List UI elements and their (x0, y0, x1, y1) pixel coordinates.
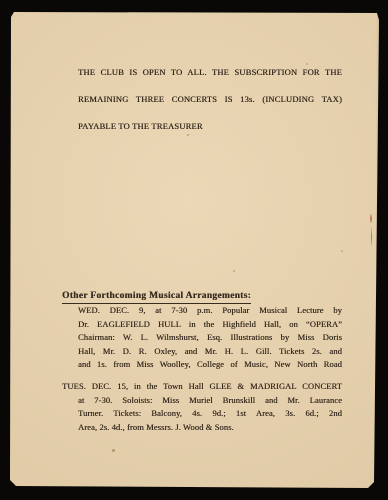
paper-speck (341, 250, 343, 252)
paper-speck (233, 270, 235, 272)
event-lecture-line-3: Chairman: W. L. Wilmshurst, Esq. Illustr… (78, 331, 342, 345)
notice-line-3: PAYABLE TO THE TREASURER (78, 113, 342, 140)
subscription-notice: THE CLUB IS OPEN TO ALL. THE SUBSCRIPTIO… (78, 59, 342, 140)
event-lecture-line-4: Hall, Mr. D. R. Oxley, and Mr. H. L. Gil… (78, 345, 342, 359)
event-lecture: WED. DEC. 9, at 7-30 p.m. Popular Musica… (78, 304, 342, 372)
event-concert-line-2: at 7-30. Soloists: Miss Muriel Brunskill… (78, 394, 342, 408)
notice-line-2: REMAINING THREE CONCERTS IS 13s. (INCLUD… (78, 86, 342, 113)
event-lecture-line-5: and 1s. from Miss Woolley, College of Mu… (78, 358, 342, 372)
notice-line-1: THE CLUB IS OPEN TO ALL. THE SUBSCRIPTIO… (78, 59, 342, 86)
paper-scratch-mark (370, 214, 372, 223)
event-concert: TUES. DEC. 15, in the Town Hall GLEE & M… (78, 380, 342, 434)
event-concert-line-4: Area, 2s. 4d., from Messrs. J. Wood & So… (78, 421, 342, 435)
forthcoming-heading-text: Other Forthcoming Musical Arrangements: (62, 291, 251, 304)
forthcoming-heading: Other Forthcoming Musical Arrangements: (62, 290, 251, 302)
paper-speck (306, 63, 308, 65)
scanned-page: THE CLUB IS OPEN TO ALL. THE SUBSCRIPTIO… (0, 0, 388, 500)
event-lecture-line-1: WED. DEC. 9, at 7-30 p.m. Popular Musica… (78, 304, 342, 318)
paper-speck (187, 134, 189, 136)
paper-scratch-mark (371, 227, 373, 246)
event-concert-line-1: TUES. DEC. 15, in the Town Hall GLEE & M… (62, 380, 342, 394)
event-lecture-line-2: Dr. EAGLEFIELD HULL in the Highfield Hal… (78, 318, 342, 332)
paper-speck (112, 449, 115, 452)
event-concert-line-3: Turner. Tickets: Balcony, 4s. 9d.; 1st A… (78, 407, 342, 421)
